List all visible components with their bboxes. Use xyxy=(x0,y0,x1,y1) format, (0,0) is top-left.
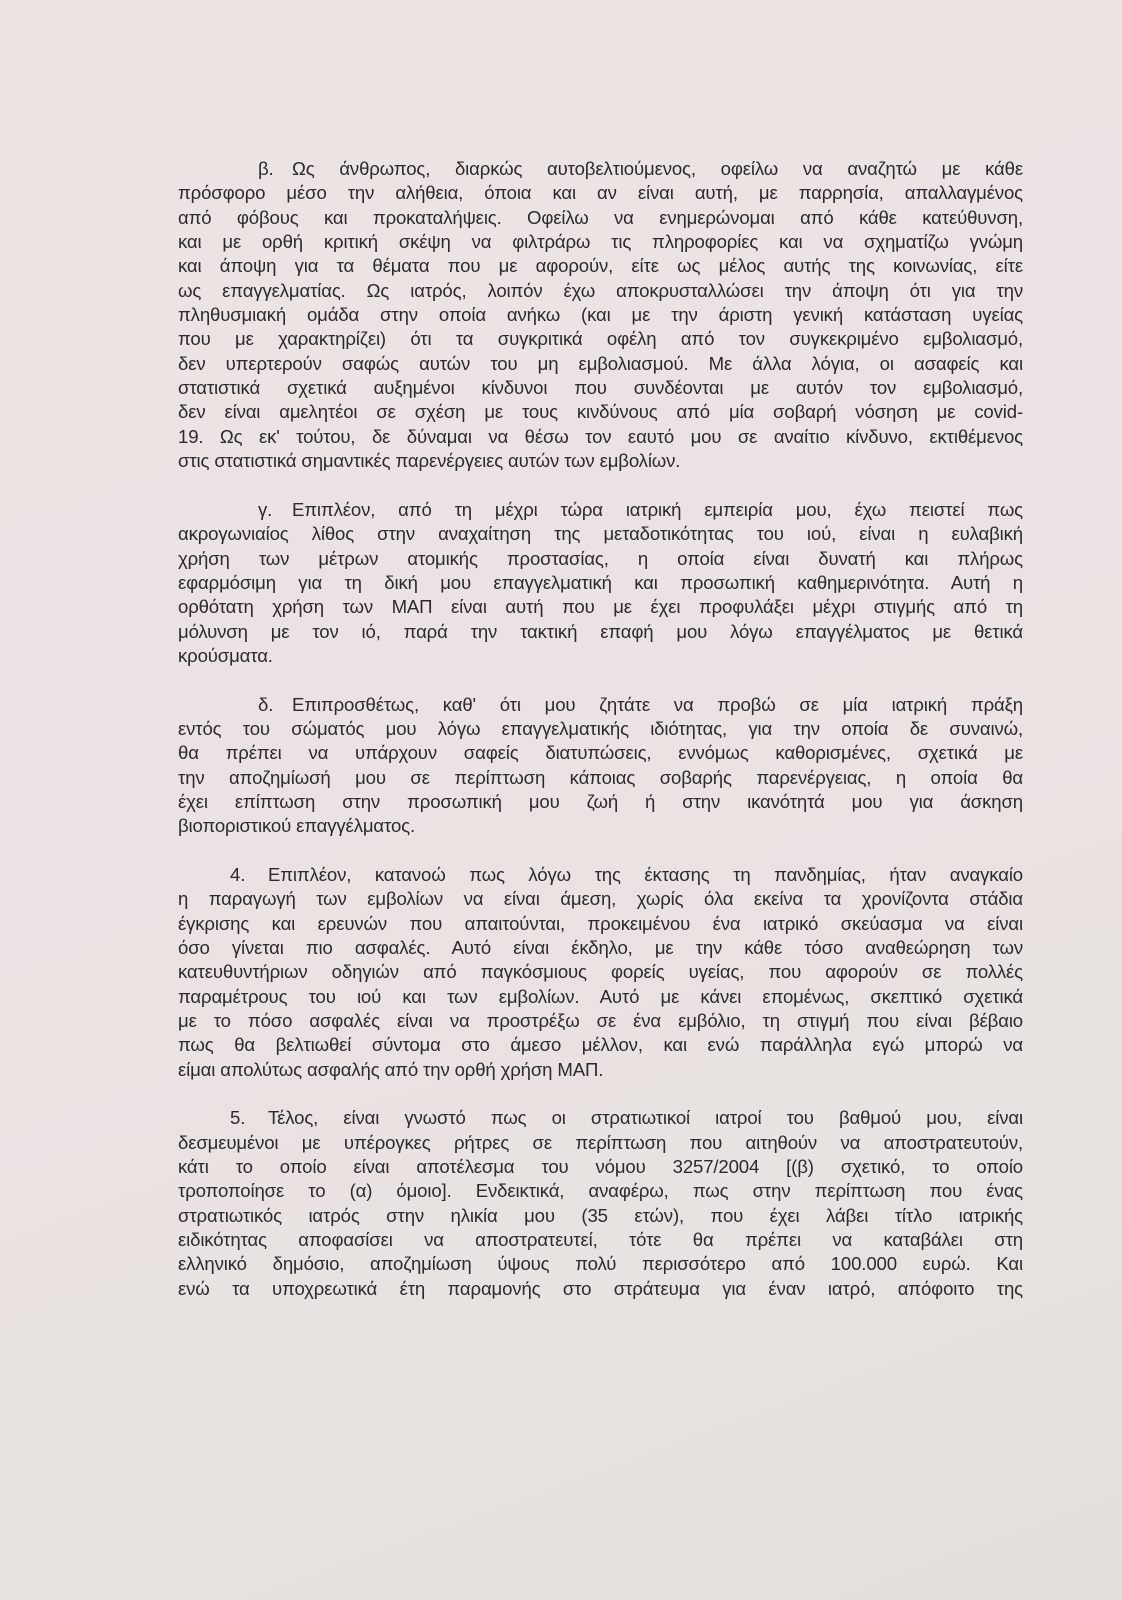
text-line: και άποψη για τα θέματα που με αφορούν, … xyxy=(178,254,1023,278)
paragraph-marker: 4. xyxy=(230,863,258,887)
paragraph-marker: γ. xyxy=(258,498,282,522)
text-line: χρήση των μέτρων ατομικής προστασίας, η … xyxy=(178,547,1023,571)
text-line: μόλυνση με τον ιό, παρά την τακτική επαφ… xyxy=(178,620,1023,644)
text-line: τροποποίησε το (α) όμοιο]. Ενδεικτικά, α… xyxy=(178,1179,1023,1203)
text-line: κάτι το οποίο είναι αποτέλεσμα του νόμου… xyxy=(178,1155,1023,1179)
text-line: στις στατιστικά σημαντικές παρενέργειες … xyxy=(178,449,1023,473)
text-line: 4.Επιπλέον, κατανοώ πως λόγω της έκτασης… xyxy=(178,863,1023,887)
text-line: έγκρισης και ερευνών που απαιτούνται, πρ… xyxy=(178,912,1023,936)
document-page: β.Ως άνθρωπος, διαρκώς αυτοβελτιούμενος,… xyxy=(178,157,1023,1326)
text-line: 19. Ως εκ' τούτου, δε δύναμαι να θέσω το… xyxy=(178,425,1023,449)
text-line: δεν είναι αμελητέοι σε σχέση με τους κιν… xyxy=(178,400,1023,424)
text-line: με το πόσο ασφαλές είναι να προστρέξω σε… xyxy=(178,1009,1023,1033)
text-line: δεσμευμένοι με υπέρογκες ρήτρες σε περίπ… xyxy=(178,1131,1023,1155)
text-line: που με χαρακτηρίζει) ότι τα συγκριτικά ο… xyxy=(178,327,1023,351)
text-line: ακρογωνιαίος λίθος στην αναχαίτηση της μ… xyxy=(178,522,1023,546)
text-line: την αποζημίωσή μου σε περίπτωση κάποιας … xyxy=(178,766,1023,790)
text-line: δεν υπερτερούν σαφώς αυτών του μη εμβολι… xyxy=(178,352,1023,376)
paragraph-4: 4.Επιπλέον, κατανοώ πως λόγω της έκτασης… xyxy=(178,863,1023,1082)
paragraph-marker: 5. xyxy=(230,1106,258,1130)
text-line: πως θα βελτιωθεί σύντομα στο άμεσο μέλλο… xyxy=(178,1033,1023,1057)
text-line: κρούσματα. xyxy=(178,644,1023,668)
text-line: θα πρέπει να υπάρχουν σαφείς διατυπώσεις… xyxy=(178,741,1023,765)
text-line: ειδικότητας αποφασίσει να αποστρατευτεί,… xyxy=(178,1228,1023,1252)
text-line: από φόβους και προκαταλήψεις. Οφείλω να … xyxy=(178,206,1023,230)
text-line: πρόσφορο μέσο την αλήθεια, όποια και αν … xyxy=(178,181,1023,205)
paragraph-beta: β.Ως άνθρωπος, διαρκώς αυτοβελτιούμενος,… xyxy=(178,157,1023,473)
paragraph-5: 5.Τέλος, είναι γνωστό πως οι στρατιωτικο… xyxy=(178,1106,1023,1301)
text-line: κατευθυντήριων οδηγιών από παγκόσμιους φ… xyxy=(178,960,1023,984)
text-line: γ.Επιπλέον, από τη μέχρι τώρα ιατρική εμ… xyxy=(178,498,1023,522)
text-line: στατιστικά σχετικά αυξημένοι κίνδυνοι πο… xyxy=(178,376,1023,400)
text-line: β.Ως άνθρωπος, διαρκώς αυτοβελτιούμενος,… xyxy=(178,157,1023,181)
text-line: ως επαγγελματίας. Ως ιατρός, λοιπόν έχω … xyxy=(178,279,1023,303)
text-line: δ.Επιπροσθέτως, καθ' ότι μου ζητάτε να π… xyxy=(178,693,1023,717)
text-line: έχει επίπτωση στην προσωπική μου ζωή ή σ… xyxy=(178,790,1023,814)
text-line: εντός του σώματός μου λόγω επαγγελματική… xyxy=(178,717,1023,741)
text-line: η παραγωγή των εμβολίων να είναι άμεση, … xyxy=(178,887,1023,911)
text-line: ενώ τα υποχρεωτικά έτη παραμονής στο στρ… xyxy=(178,1277,1023,1301)
text-line: ορθότατη χρήση των ΜΑΠ είναι αυτή που με… xyxy=(178,595,1023,619)
paragraph-delta: δ.Επιπροσθέτως, καθ' ότι μου ζητάτε να π… xyxy=(178,693,1023,839)
text-line: όσο γίνεται πιο ασφαλές. Αυτό είναι έκδη… xyxy=(178,936,1023,960)
text-line: και με ορθή κριτική σκέψη να φιλτράρω τι… xyxy=(178,230,1023,254)
paragraph-gamma: γ.Επιπλέον, από τη μέχρι τώρα ιατρική εμ… xyxy=(178,498,1023,668)
text-line: 5.Τέλος, είναι γνωστό πως οι στρατιωτικο… xyxy=(178,1106,1023,1130)
text-line: ελληνικό δημόσιο, αποζημίωση ύψους πολύ … xyxy=(178,1252,1023,1276)
text-line: είμαι απολύτως ασφαλής από την ορθή χρήσ… xyxy=(178,1058,1023,1082)
text-line: στρατιωτικός ιατρός στην ηλικία μου (35 … xyxy=(178,1204,1023,1228)
text-line: πληθυσμιακή ομάδα στην οποία ανήκω (και … xyxy=(178,303,1023,327)
text-line: εφαρμόσιμη για τη δική μου επαγγελματική… xyxy=(178,571,1023,595)
text-line: παραμέτρους του ιού και των εμβολίων. Αυ… xyxy=(178,985,1023,1009)
text-line: βιοποριστικού επαγγέλματος. xyxy=(178,814,1023,838)
paragraph-marker: δ. xyxy=(258,693,282,717)
paragraph-marker: β. xyxy=(258,157,282,181)
